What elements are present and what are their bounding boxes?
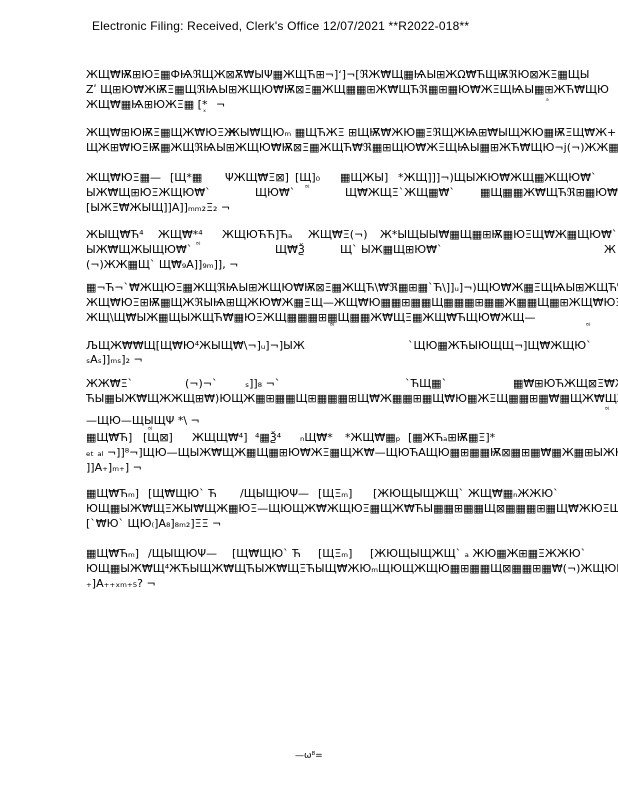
text-line: ЖЩЮЋЋ]Ћₐ xyxy=(222,228,292,241)
text-line: [Щ⊠] xyxy=(143,431,173,444)
text-line: ₛ]]₈ ¬` xyxy=(245,377,280,390)
text-line: ▦Щ₩Ћₘ] xyxy=(86,487,139,500)
text-line: [▦ЖЋₐ⊞Ѭ▦Ξ]* xyxy=(408,431,495,444)
text-line: ЖЖ₩Ξ` xyxy=(86,377,133,390)
text-line: ₊]A₊₊ₓₘ₊₅? ¬ xyxy=(86,577,156,590)
text-line: ЖЫ₩ЩЮₘ ▦ЩЋЖΞ xyxy=(228,126,345,139)
page-number: —ω⁸= xyxy=(295,750,323,763)
text-line: ⁴▦Ѯ⁴ xyxy=(255,431,281,444)
text-line: ЩЖ⊞₩ЮΞѬ▦ЖЩℜѨЫ⊞ЖЩЮ₩Ѭ⊠Ξ▦ЖЩЋ₩ℜ▦⊞ЩЮ₩ЖΞЩѨЫ▦⊞Ж… xyxy=(86,141,618,154)
text-line: ₓ xyxy=(203,104,206,117)
document-page: Electronic Filing: Received, Clerk's Off… xyxy=(0,0,618,800)
text-line: ЖЩ₩Ѭ⊞ЮΞ▦ФѨℜЩЖ⊠Ѫ₩ЫΨ▦ЖЩЋ⊞¬]ʻ]¬[ℜЖ₩Щ▦ѨЫ⊞ЖΩ₩… xyxy=(86,68,589,81)
text-line: Щ` ЫЖ▦Щ⊞Ю₩` xyxy=(340,243,442,256)
text-line: ]]A₊]ₘ₊] ¬ xyxy=(86,461,142,474)
text-line: [ЩΞₘ] xyxy=(318,547,352,560)
text-line: Ж xyxy=(604,243,616,256)
text-line: —ЩЮ—ЩЫЩΨ *\ ¬ xyxy=(86,414,200,427)
text-line: ЖЩ₩ЮΞ▦— xyxy=(86,171,161,184)
text-line: ⁸⁾ xyxy=(586,320,591,333)
text-line: [Щ₩ЩЮ` Ћ xyxy=(148,487,217,500)
text-line: ЖЩ₩ЮΞ⊞Ѭ▦ЩЖℜЫѨ⊞ЩЖЮ₩Ж▦ΞЩ—ЖЩ₩Ю▦▦⊞▦▦Щ▦▦▦⊞▦▦Ж… xyxy=(86,296,618,309)
text-line: ⁸⁾ xyxy=(305,182,310,195)
text-line: Ζʹ Щ⊞Ю₩ЖѬΞ▦ЩℜѨЫ⊞ЖЩЮ₩Ѭ⊠Ξ▦ЖЩ▦▦⊞Ж₩ЩЋℜ▦⊞▦Ю₩Ж… xyxy=(86,83,609,96)
text-line: ЖЩ₩▦Ѩ⊞ЮЖΞ▦ [* xyxy=(86,98,207,111)
text-line: (¬)ЖЖ▦Щ` Щ₩₉A]]₉ₘ]], ¬ xyxy=(86,258,238,271)
text-line: Ж*ЫЩЫЫ₩▦Щ▦⊞Ѭ▦ЮΞЩ₩Ж▦ЩЮ₩` xyxy=(380,228,617,241)
text-line: ¬ xyxy=(216,98,225,111)
text-line: ▦Щ▦▦Ж₩ЩЋℜ⊞▦Ю₩ЖΞЩЖ xyxy=(480,186,618,199)
text-line: ЖЩЩ₩⁴] xyxy=(192,431,248,444)
text-line: ₔ xyxy=(546,93,549,106)
text-line: ΨЖЩ₩Ξ⊠] xyxy=(225,171,289,184)
text-line: ⁸⁾ xyxy=(605,404,610,417)
text-line: [`₩Ю` ЩЮ₍]A₈]₈ₘ₂]ΞΞ ¬ xyxy=(86,517,221,530)
filing-header: Electronic Filing: Received, Clerk's Off… xyxy=(92,20,469,33)
text-line: ЮЩ▦ЫЖ₩ЩΞЖЫ₩ЩЖ▦ЮΞ—ЩЮЩЖ₩ЖЩЮΞ▦ЩЖ₩ЋЫ▦▦⊞▦▦Щ⊠▦… xyxy=(86,502,618,515)
text-line: ЖЫЩ₩Ћ⁴ xyxy=(86,228,144,241)
text-line: Щ₩Ѯ xyxy=(275,243,305,256)
text-line: ЫЖ₩Щ⊞ЮΞЖЩЮ₩` xyxy=(86,186,211,199)
text-line: ₑₜ ₐₗ ¬]]⁸¬]ЩЮ—ЩЫЖ₩ЩЖ▦Щ▦⊞Ю₩ЖΞ▦ЩЖ₩—ЩЮЋAЩЮ… xyxy=(86,446,618,459)
text-line: [ЖЮЩЫЩЖЩ` xyxy=(373,487,464,500)
text-line: *ЖЩ]]]¬)ЩЫЖЮ₩ЖЩ▦ЖЩЮ₩` xyxy=(398,171,597,184)
text-line: [ЫЖΞ₩ЖЫЩ]]A]]ₘₘ₂Ξ₂ ¬ xyxy=(86,201,230,214)
text-line: ЖЩ₩⊞ЮѬΞ▦ЩЖ₩ЮΞЖ xyxy=(86,126,236,139)
text-line: ₙЩ₩* xyxy=(300,431,333,444)
text-line: ▦ЩЖЫ] xyxy=(340,171,388,184)
text-line: Щ₩ЖЩΞ`ЖЩ▦₩` xyxy=(345,186,455,199)
text-line: ⁸⁾ xyxy=(196,239,201,252)
text-line: ЩЮ₩` xyxy=(255,186,295,199)
text-line: ₛAₛ]]ₘₛ]₂ ¬ xyxy=(86,353,143,366)
text-line: ЉЩЖ₩₩Щ[Щ₩Ю⁴ЖЫЩ₩\¬]ᵤ]¬]ЫЖ xyxy=(86,339,305,352)
text-line: ЖЩ\Щ₩ЫЖ▦ЩЫЖЩЋ₩▦ЮΞЖЩ▦▦▦⊞▦Щ▦▦Ж₩ЩΞ▦ЖЩ₩ЋЩЮ₩Ж… xyxy=(86,311,535,324)
text-line: [Щ*▦ xyxy=(170,171,202,184)
text-line: [Щ₩ЩЮ` Ћ xyxy=(232,547,301,560)
text-line: ▦Щ₩Ћₘ] xyxy=(86,547,139,560)
text-line: `ЩЮ▦ЖЋЫЮЩЩ¬]Щ₩ЖЩЮ` xyxy=(408,339,592,352)
text-line: ЮЩ▦ЫЖ₩Щ⁴ЖЋЫЩЖ₩ЩЋЫЖ₩ЩΞЋЫЩ₩ЖЮₘЩЮЩЖЩЮ▦⊞▦▦Щ⊠… xyxy=(86,562,618,575)
text-line: ⊞ЩѬ₩ЖЮ▦ΞℜЩЖѨ⊞₩ЫЩЖЮ▦ѬΞЩ₩Ж+ xyxy=(348,126,616,139)
text-line: `ЋЩ▦` xyxy=(405,377,447,390)
text-line: (¬)¬` xyxy=(185,377,218,390)
text-line: ▦₩⊞ЮЋЖЩ⊠Ξ₩Ж( xyxy=(513,377,618,390)
text-line: ⁸⁾ xyxy=(330,320,335,333)
text-line: [ЩΞₘ] xyxy=(318,487,352,500)
text-line: ЖЩ₩▦ₙЖЖЮ` xyxy=(468,487,559,500)
text-line: [ЖЮЩЫЩЖЩ` ₐ ЖЮ▦Ж⊞▦ΞЖЖЮ` xyxy=(370,547,586,560)
text-line: *ЖЩ₩▦ₚ xyxy=(345,431,400,444)
text-line: ЖЩ₩Ξ(¬) xyxy=(308,228,368,241)
text-line: ЋЫ▦ЫЖ₩ЩЖЖЩ⊞₩)ЮЩЖ▦⊞▦▦Щ⊞▦▦▦⊞Щ₩Ж▦▦⊞▦Щ₩Ю▦ЖΞЩ… xyxy=(86,392,618,405)
text-line: /ЩЫЩЮΨ— xyxy=(240,487,309,500)
text-line: ▦¬Ћ¬`₩ЖЩЮΞ▦ЖЩℜѨЫ⊞ЖЩЮ₩Ѭ⊠Ξ▦ЖЩЋ\₩ℜ▦⊞▦`Ћ\]]ᵤ… xyxy=(86,281,618,294)
text-line: /ЩЫЩЮΨ— xyxy=(148,547,217,560)
text-line: ▦Щ₩Ћ] xyxy=(86,431,132,444)
text-line: ЫЖ₩ЩЖЫЩЮ₩` xyxy=(86,243,192,256)
